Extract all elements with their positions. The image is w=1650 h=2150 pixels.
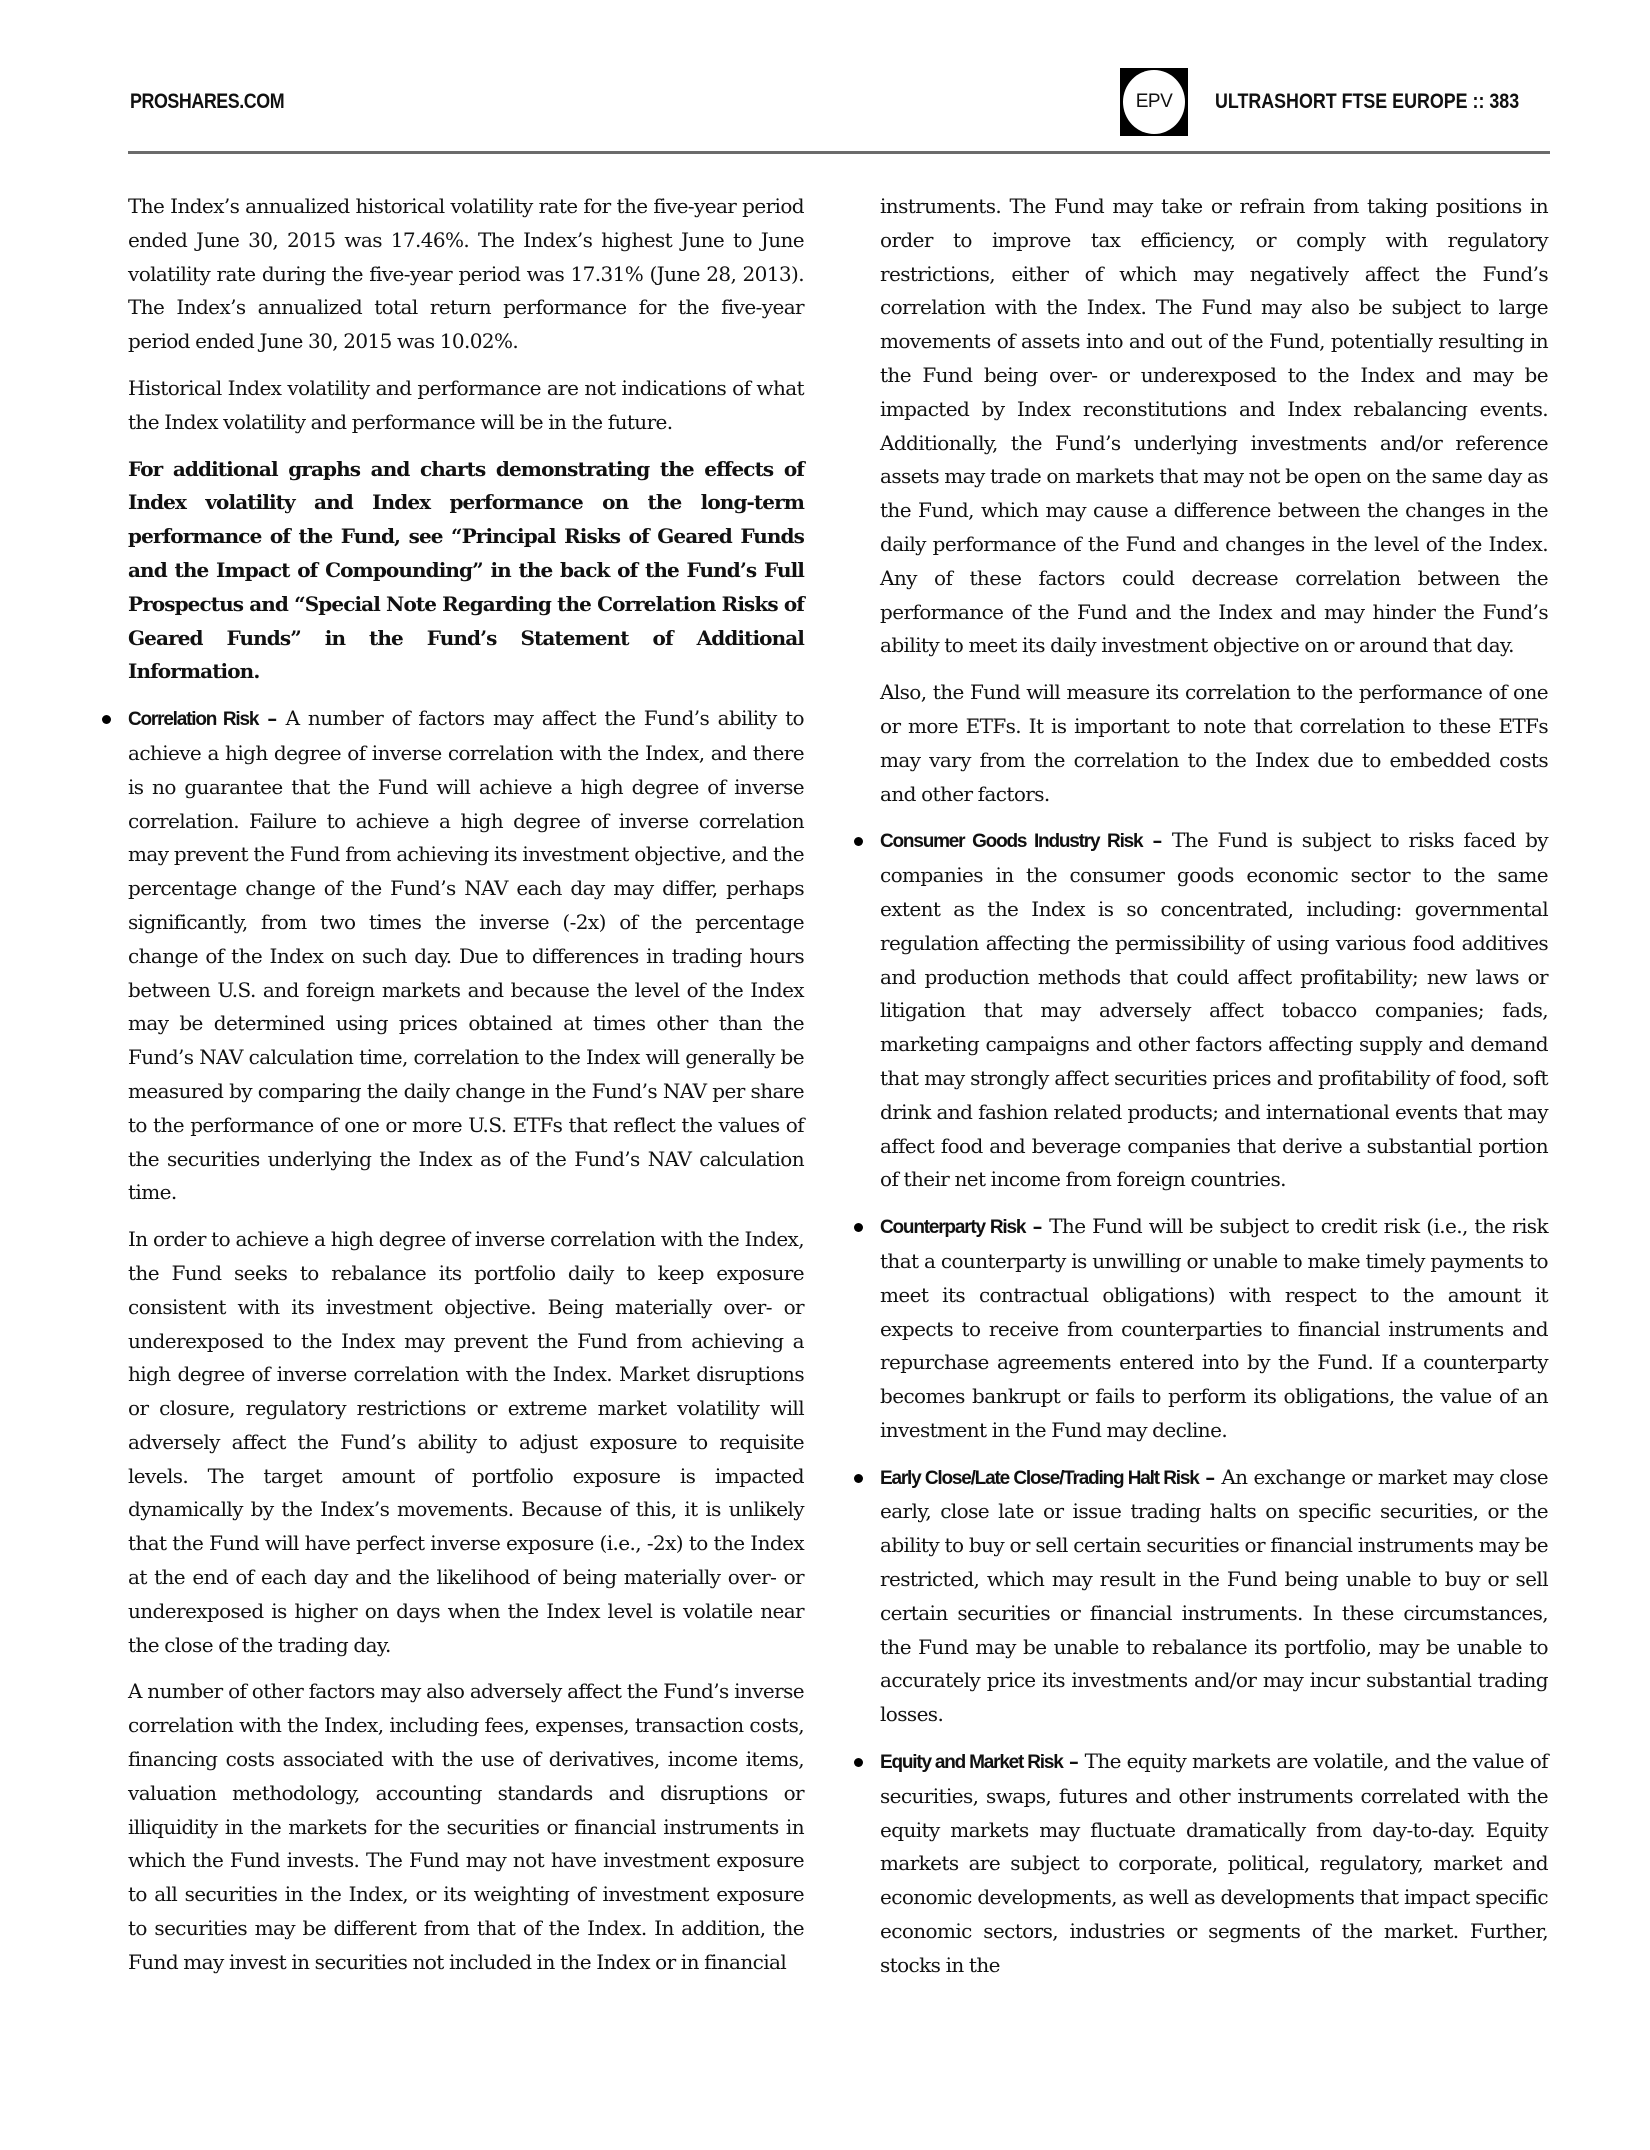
left-column: The Index’s annualized historical volati… bbox=[128, 190, 804, 1993]
risk-text: The Fund will be subject to credit risk … bbox=[880, 1214, 1548, 1442]
title-separator: :: bbox=[1468, 90, 1490, 113]
risk-item-early-close: Early Close/Late Close/Trading Halt Risk… bbox=[880, 1461, 1548, 1732]
other-factors-paragraph: A number of other factors may also adver… bbox=[128, 1675, 804, 1979]
bullet-icon bbox=[854, 1223, 863, 1232]
page-header: PROSHARES.COM EPV ULTRASHORT FTSE EUROPE… bbox=[128, 66, 1550, 140]
site-url: PROSHARES.COM bbox=[130, 90, 284, 114]
ticker-badge-circle: EPV bbox=[1123, 70, 1185, 134]
risk-text: An exchange or market may close early, c… bbox=[880, 1465, 1548, 1727]
risk-item-consumer-goods: Consumer Goods Industry Risk – The Fund … bbox=[880, 824, 1548, 1197]
continued-paragraph: instruments. The Fund may take or refrai… bbox=[880, 190, 1548, 663]
risk-item-correlation: Correlation Risk – A number of factors m… bbox=[128, 702, 804, 1210]
document-title: ULTRASHORT FTSE EUROPE :: 383 bbox=[1215, 90, 1519, 114]
header-rule bbox=[128, 151, 1550, 154]
bullet-icon bbox=[854, 1474, 863, 1483]
risk-dash: – bbox=[258, 706, 285, 730]
rebalance-paragraph: In order to achieve a high degree of inv… bbox=[128, 1223, 804, 1662]
ticker-label: EPV bbox=[1136, 91, 1173, 113]
volatility-paragraph: The Index’s annualized historical volati… bbox=[128, 190, 804, 359]
risk-dash: – bbox=[1142, 828, 1171, 852]
risk-term: Correlation Risk bbox=[128, 709, 258, 730]
ticker-badge: EPV bbox=[1120, 68, 1188, 136]
fund-name: ULTRASHORT FTSE EUROPE bbox=[1215, 90, 1468, 113]
disclaimer-paragraph: Historical Index volatility and performa… bbox=[128, 372, 804, 440]
risk-term: Equity and Market Risk bbox=[880, 1752, 1063, 1773]
risk-term: Consumer Goods Industry Risk bbox=[880, 831, 1142, 852]
risk-term: Early Close/Late Close/Trading Halt Risk bbox=[880, 1468, 1199, 1489]
risk-text: The equity markets are volatile, and the… bbox=[880, 1749, 1548, 1977]
risk-item-equity-market: Equity and Market Risk – The equity mark… bbox=[880, 1745, 1548, 1983]
risk-text: The Fund is subject to risks faced by co… bbox=[880, 828, 1548, 1191]
page-number: 383 bbox=[1489, 90, 1519, 113]
etf-correlation-paragraph: Also, the Fund will measure its correlat… bbox=[880, 676, 1548, 811]
additional-charts-note: For additional graphs and charts demonst… bbox=[128, 453, 804, 690]
risk-text: A number of factors may affect the Fund’… bbox=[128, 706, 804, 1204]
risk-term: Counterparty Risk bbox=[880, 1217, 1025, 1238]
risk-dash: – bbox=[1199, 1465, 1222, 1489]
bullet-icon bbox=[854, 1758, 863, 1767]
bullet-icon bbox=[102, 715, 111, 724]
right-column: instruments. The Fund may take or refrai… bbox=[880, 190, 1548, 1996]
risk-item-counterparty: Counterparty Risk – The Fund will be sub… bbox=[880, 1210, 1548, 1448]
risk-dash: – bbox=[1025, 1214, 1049, 1238]
bullet-icon bbox=[854, 837, 863, 846]
risk-dash: – bbox=[1063, 1749, 1085, 1773]
